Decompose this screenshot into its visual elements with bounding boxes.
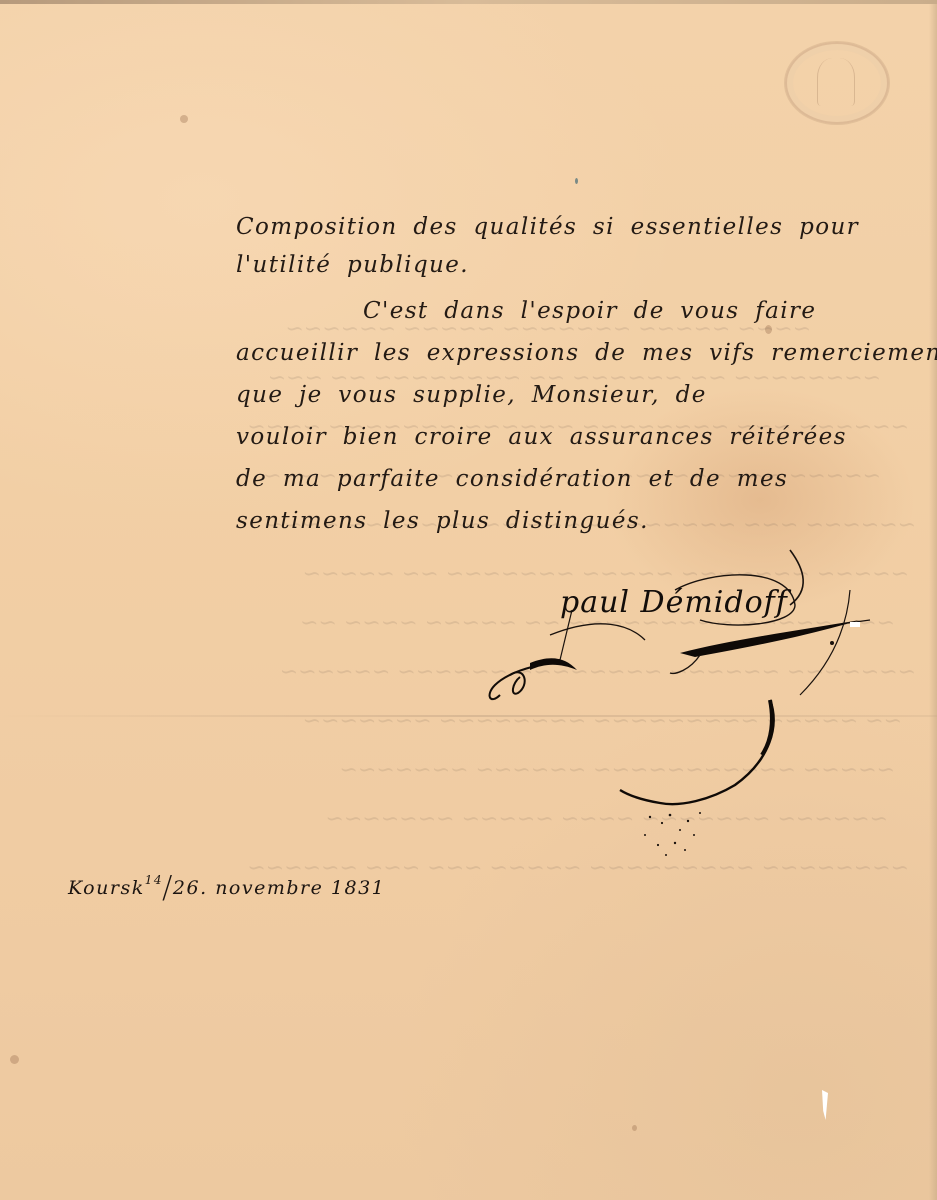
body-line-8: sentimens les plus distingués. — [236, 502, 936, 540]
body-line-5: que je vous supplie, Monsieur, de — [236, 376, 936, 414]
body-line-1: Composition des qualités si essentielles… — [236, 208, 936, 246]
signature: paul Démidoff — [560, 585, 788, 620]
body-line-7: de ma parfaite considération et de mes — [236, 460, 936, 498]
date-day-new-style: 26 — [173, 877, 200, 899]
paper-tear — [850, 622, 860, 627]
dateline: Koursk14/26. novembre 1831 — [68, 873, 385, 899]
body-line-4: accueillir les expressions de mes vifs r… — [236, 334, 936, 372]
paper-right-edge — [929, 0, 937, 1200]
embossed-seal-icon — [785, 42, 889, 124]
body-line-2: l'utilité publique. — [236, 246, 936, 284]
date-day-fraction: 14/26. — [145, 877, 208, 899]
foxing-spot — [632, 1125, 637, 1131]
date-place: Koursk — [68, 877, 145, 899]
foxing-spot — [180, 115, 188, 123]
body-line-6: vouloir bien croire aux assurances réité… — [236, 418, 936, 456]
body-line-3: C'est dans l'espoir de vous faire — [236, 292, 936, 330]
date-month: novembre — [215, 877, 323, 899]
paper-top-edge — [0, 0, 937, 4]
date-year: 1831 — [331, 877, 385, 899]
paper-tear — [822, 1090, 828, 1120]
seal-figure — [817, 58, 855, 106]
ink-speck — [575, 178, 578, 184]
foxing-spot — [10, 1055, 19, 1064]
date-day-old-style: 14 — [145, 873, 163, 887]
letter-body: Composition des qualités si essentielles… — [236, 208, 936, 540]
letter-page: ~~~~ ~~~~~ ~~~~~~~ ~~~~~ ~~~~~~ ~~~~~~~~… — [0, 0, 937, 1200]
